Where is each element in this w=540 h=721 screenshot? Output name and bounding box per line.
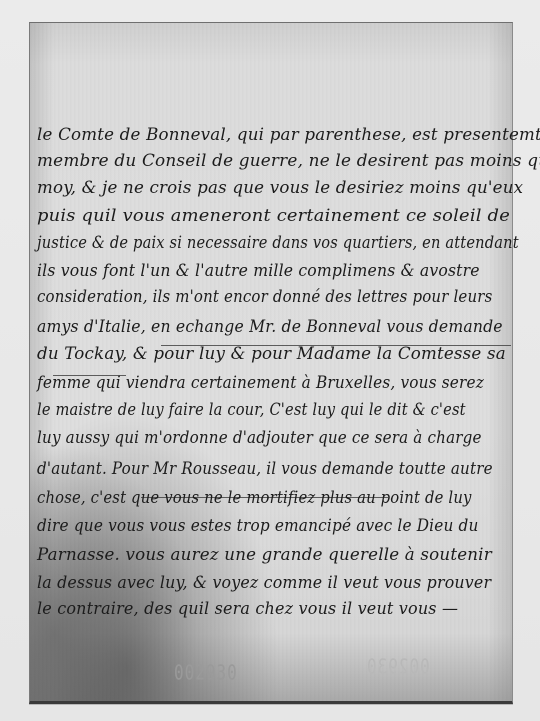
text-line-1: le Comte de Bonneval, qui par parenthese… bbox=[37, 125, 540, 145]
text-line-8: amys d'Italie, en echange Mr. de Bonneva… bbox=[37, 317, 503, 337]
text-line-3: moy, & je ne crois pas que vous le desir… bbox=[37, 178, 523, 198]
text-line-6: ils vous font l'un & l'autre mille compl… bbox=[37, 261, 480, 281]
text-line-12: luy aussy qui m'ordonne d'adjouter que c… bbox=[37, 428, 482, 448]
archive-stamp-bleedthrough: 002930 bbox=[366, 654, 430, 679]
text-line-17: la dessus avec luy, & voyez comme il veu… bbox=[37, 573, 491, 593]
text-line-13: d'autant. Pour Mr Rousseau, il vous dema… bbox=[37, 459, 493, 479]
text-line-7: consideration, ils m'ont encor donné des… bbox=[37, 287, 492, 307]
text-line-4: puis quil vous ameneront certainement ce… bbox=[37, 206, 510, 226]
text-line-5: justice & de paix si necessaire dans vos… bbox=[37, 233, 519, 253]
scan-background: le Comte de Bonneval, qui par parenthese… bbox=[0, 0, 540, 721]
manuscript-page: le Comte de Bonneval, qui par parenthese… bbox=[29, 22, 513, 704]
text-line-9: du Tockay, & pour luy & pour Madame la C… bbox=[37, 344, 506, 364]
text-line-14: chose, c'est que vous ne le mortifiez pl… bbox=[37, 488, 472, 508]
text-line-2: membre du Conseil de guerre, ne le desir… bbox=[37, 151, 540, 171]
text-line-16: Parnasse. vous aurez une grande querelle… bbox=[37, 545, 492, 565]
archive-stamp-number: 002930 bbox=[174, 660, 238, 685]
text-line-11: le maistre de luy faire la cour, C'est l… bbox=[37, 400, 466, 420]
text-line-18: le contraire, des quil sera chez vous il… bbox=[37, 599, 458, 619]
text-line-15: dire que vous vous estes trop emancipé a… bbox=[37, 516, 479, 536]
text-line-10: femme qui viendra certainement à Bruxell… bbox=[37, 373, 484, 393]
